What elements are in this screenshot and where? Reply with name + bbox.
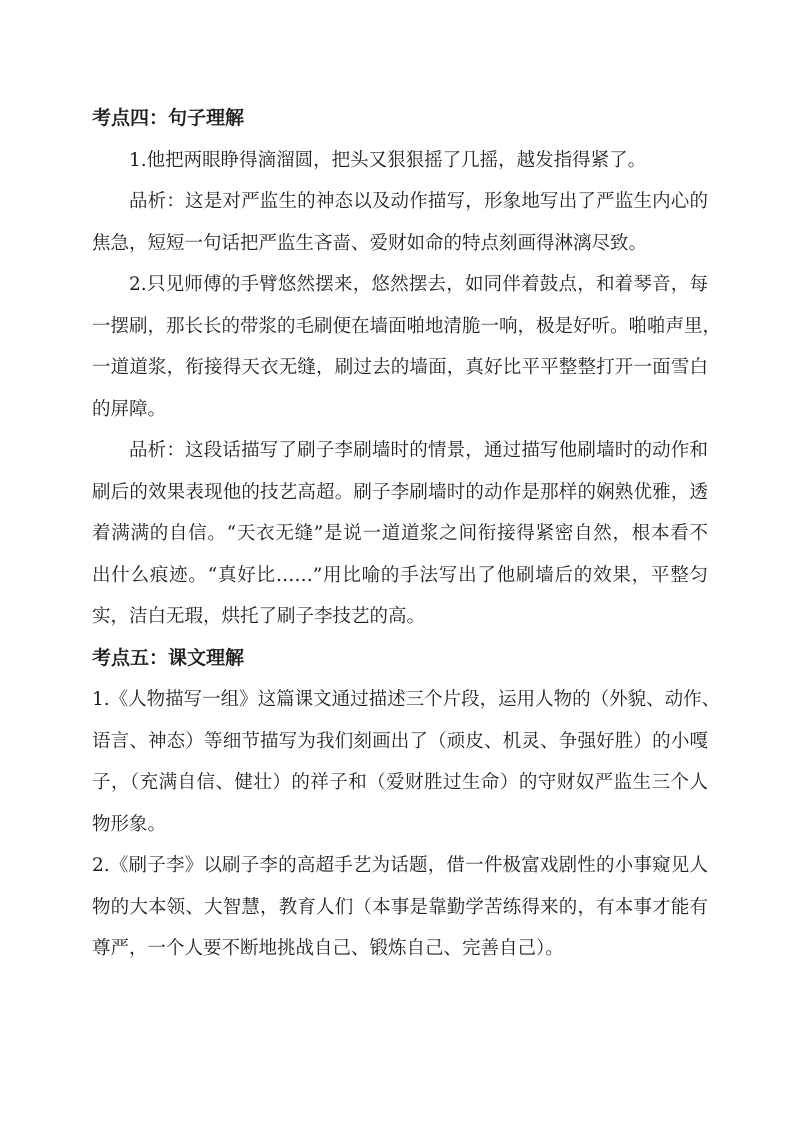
text-line: 1.《人物描写一组》这篇课文通过描述三个片段，运用人物的（外貌、动作、 [92,679,708,721]
text-line: 一摆刷，那长长的带浆的毛刷便在墙面啪地清脆一响，极是好听。啪啪声里， [92,306,708,348]
text-line: 品析：这段话描写了刷子李刷墙时的情景，通过描写他刷墙时的动作和 [92,430,708,472]
text-line: 2.《刷子李》以刷子李的高超手艺为话题，借一件极富戏剧性的小事窥见人 [92,845,708,887]
text-line: 1.他把两眼睁得滴溜圆，把头又狠狠摇了几摇，越发指得紧了。 [92,140,708,182]
text-line: 2.只见师傅的手臂悠然摆来，悠然摆去，如同伴着鼓点，和着琴音，每 [92,264,708,306]
text-line: 物形象。 [92,804,708,846]
text-line: 子，（充满自信、健壮）的祥子和（爱财胜过生命）的守财奴严监生三个人 [92,762,708,804]
section-4-heading: 考点四：句子理解 [92,98,708,140]
text-line: 出什么痕迹。“真好比……”用比喻的手法写出了他刷墙后的效果，平整匀 [92,555,708,597]
section-5-heading: 考点五：课文理解 [92,638,708,680]
text-line: 一道道浆，衔接得天衣无缝，刷过去的墙面，真好比平平整整打开一面雪白 [92,347,708,389]
text-line: 尊严，一个人要不断地挑战自己、锻炼自己、完善自己）。 [92,928,708,970]
text-line: 刷后的效果表现他的技艺高超。刷子李刷墙时的动作是那样的娴熟优雅，透 [92,472,708,514]
document-page: 考点四：句子理解 1.他把两眼睁得滴溜圆，把头又狠狠摇了几摇，越发指得紧了。 品… [92,98,708,970]
text-line: 实，洁白无瑕，烘托了刷子李技艺的高。 [92,596,708,638]
text-line: 的屏障。 [92,389,708,431]
text-line: 物的大本领、大智慧，教育人们（本事是靠勤学苦练得来的，有本事才能有 [92,887,708,929]
text-line: 着满满的自信。“天衣无缝”是说一道道浆之间衔接得紧密自然，根本看不 [92,513,708,555]
text-line: 品析：这是对严监生的神态以及动作描写，形象地写出了严监生内心的 [92,181,708,223]
text-line: 焦急，短短一句话把严监生吝啬、爱财如命的特点刻画得淋漓尽致。 [92,223,708,265]
text-line: 语言、神态）等细节描写为我们刻画出了（顽皮、机灵、争强好胜）的小嘎 [92,721,708,763]
